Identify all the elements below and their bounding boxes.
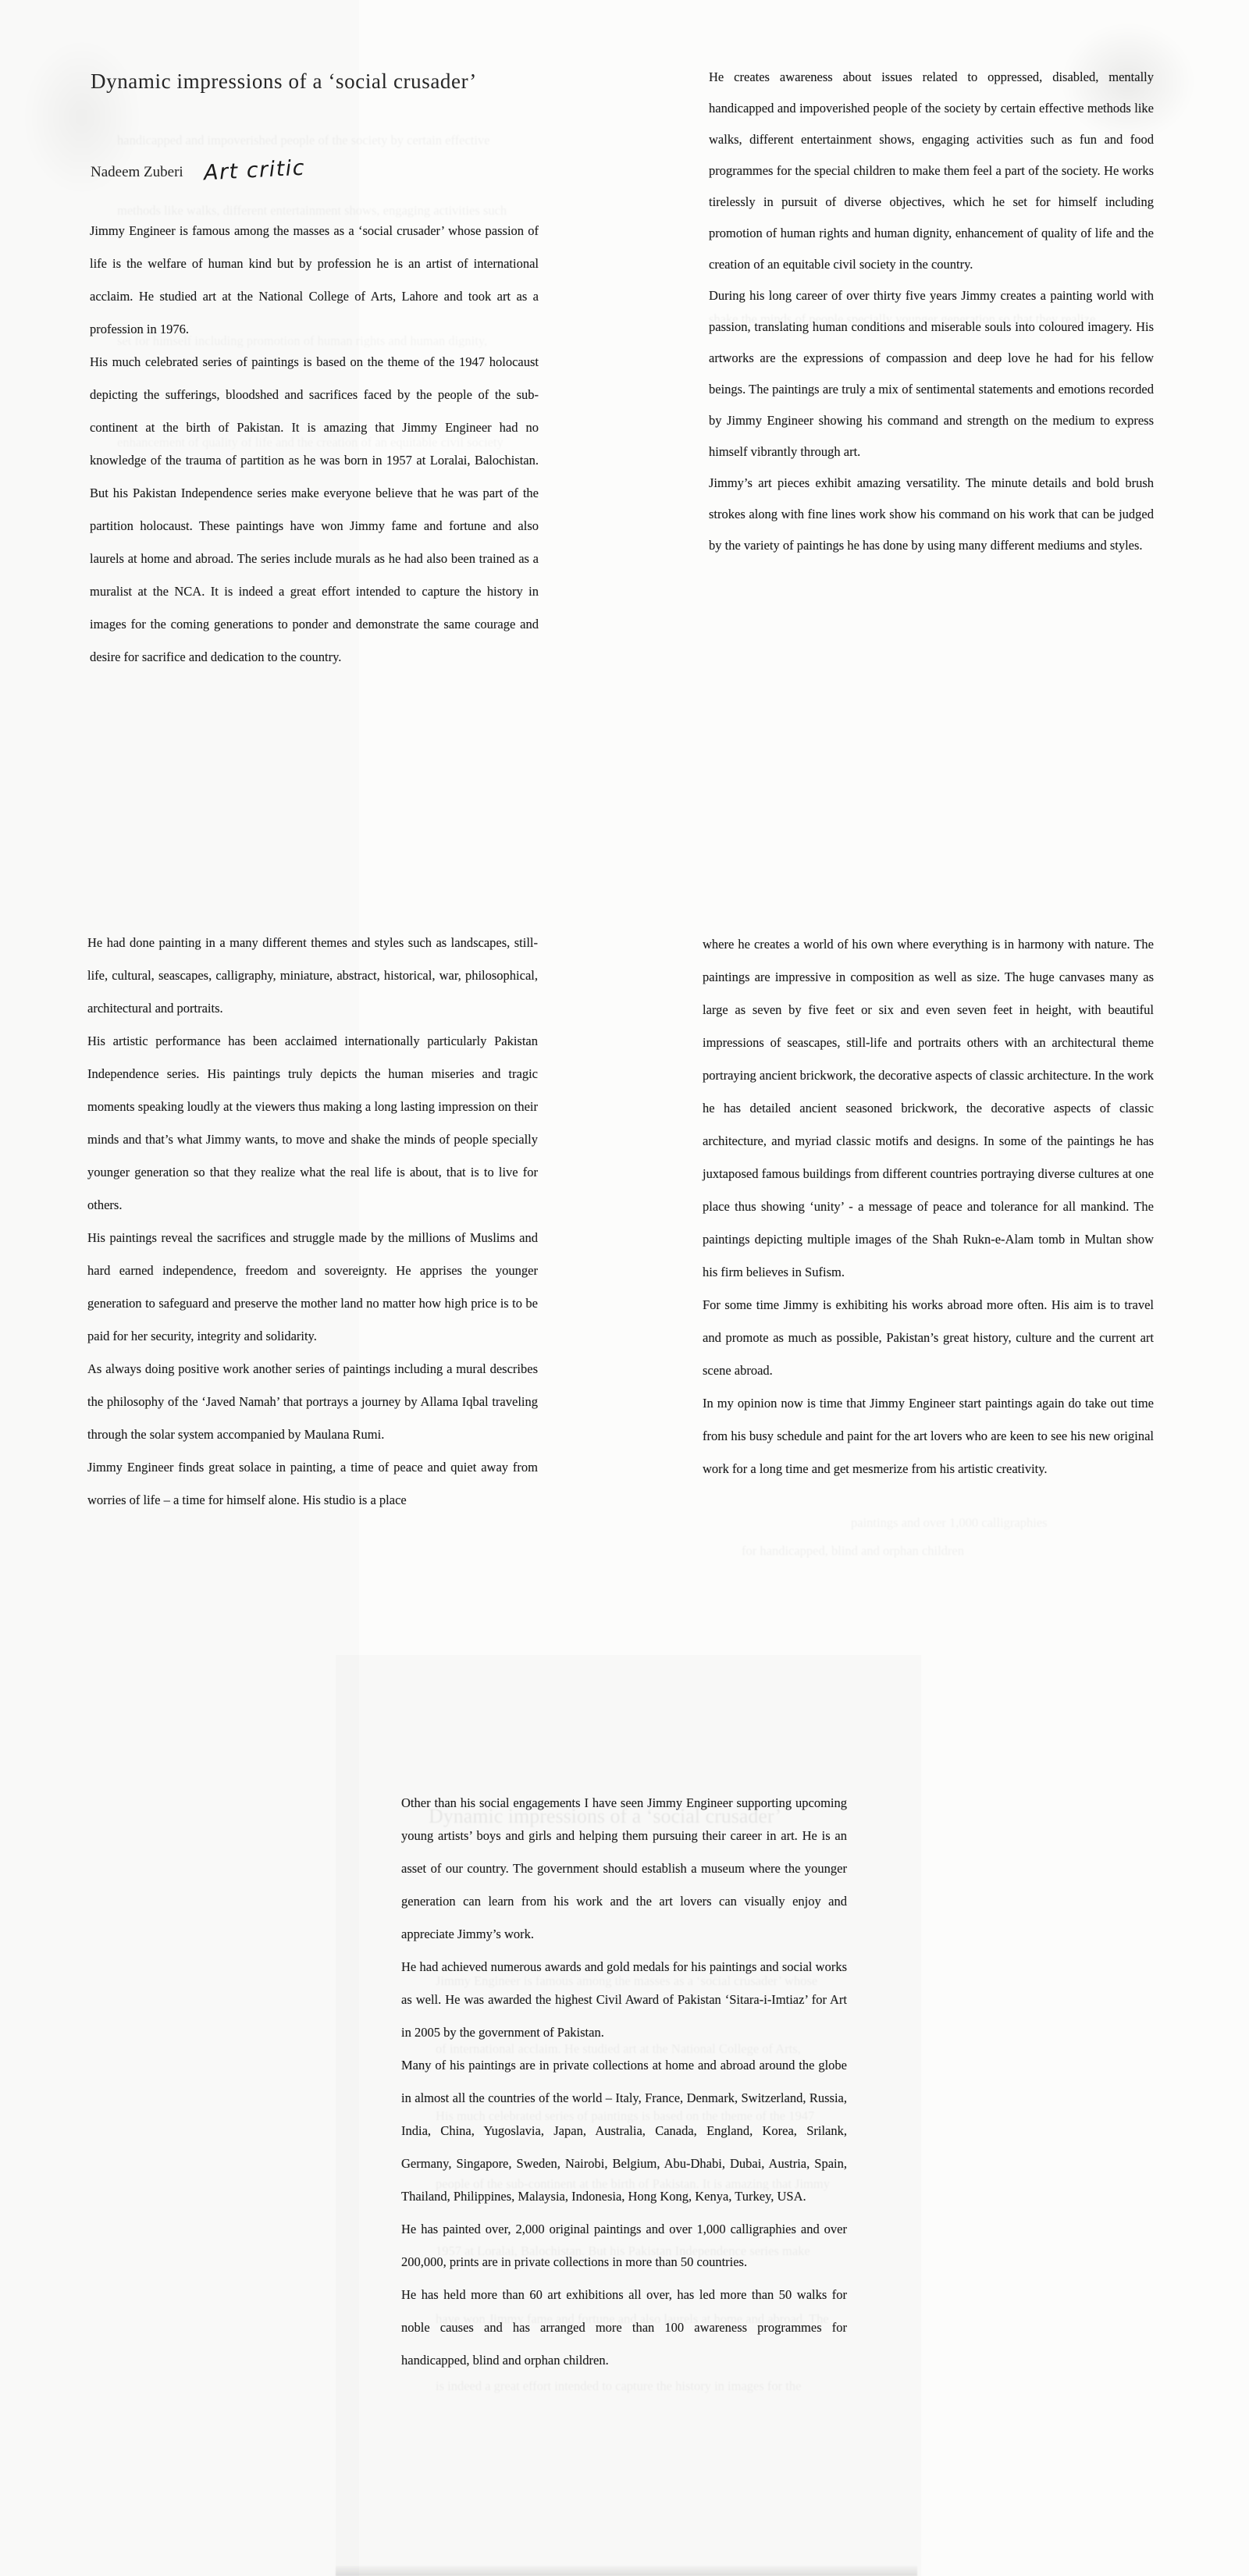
article-column-middle-right: where he creates a world of his own wher… [703, 928, 1154, 1485]
scanned-document-page: { "page": { "title": "Dynamic impression… [0, 0, 1249, 2576]
scan-edge-bottom-strip [336, 2566, 917, 2576]
paragraph: During his long career of over thirty fi… [709, 280, 1154, 468]
paragraph: For some time Jimmy is exhibiting his wo… [703, 1289, 1154, 1387]
scan-page-surface: handicapped and impoverished people of t… [0, 0, 1249, 2576]
article-column-top-left: Jimmy Engineer is famous among the masse… [90, 215, 539, 674]
article-column-bottom-center: Other than his social engagements I have… [401, 1787, 847, 2377]
paragraph: Jimmy Engineer is famous among the masse… [90, 215, 539, 346]
article-column-middle-left: He had done painting in a many different… [87, 927, 538, 1517]
paragraph: His artistic performance has been acclai… [87, 1025, 538, 1222]
paragraph: He has held more than 60 art exhibitions… [401, 2279, 847, 2377]
paragraph: where he creates a world of his own wher… [703, 928, 1154, 1289]
paragraph: His paintings reveal the sacrifices and … [87, 1222, 538, 1353]
bleedthrough-line: for handicapped, blind and orphan childr… [742, 1535, 1069, 1567]
paragraph: Other than his social engagements I have… [401, 1787, 847, 1951]
byline: Nadeem Zuberi [91, 164, 183, 181]
bleedthrough-text-mid-right-b: for handicapped, blind and orphan childr… [742, 1535, 1069, 1567]
paragraph: His much celebrated series of paintings … [90, 346, 539, 674]
paragraph: As always doing positive work another se… [87, 1353, 538, 1451]
article-column-top-right: He creates awareness about issues relate… [709, 62, 1154, 561]
page-title: Dynamic impressions of a ‘social crusade… [91, 69, 477, 94]
paragraph: In my opinion now is time that Jimmy Eng… [703, 1387, 1154, 1485]
paragraph: Jimmy’s art pieces exhibit amazing versa… [709, 468, 1154, 561]
paragraph: He had achieved numerous awards and gold… [401, 1951, 847, 2049]
paragraph: He has painted over, 2,000 original pain… [401, 2213, 847, 2279]
paragraph: Many of his paintings are in private col… [401, 2049, 847, 2213]
paragraph: Jimmy Engineer finds great solace in pai… [87, 1451, 538, 1517]
paragraph: He creates awareness about issues relate… [709, 62, 1154, 280]
paragraph: He had done painting in a many different… [87, 927, 538, 1025]
